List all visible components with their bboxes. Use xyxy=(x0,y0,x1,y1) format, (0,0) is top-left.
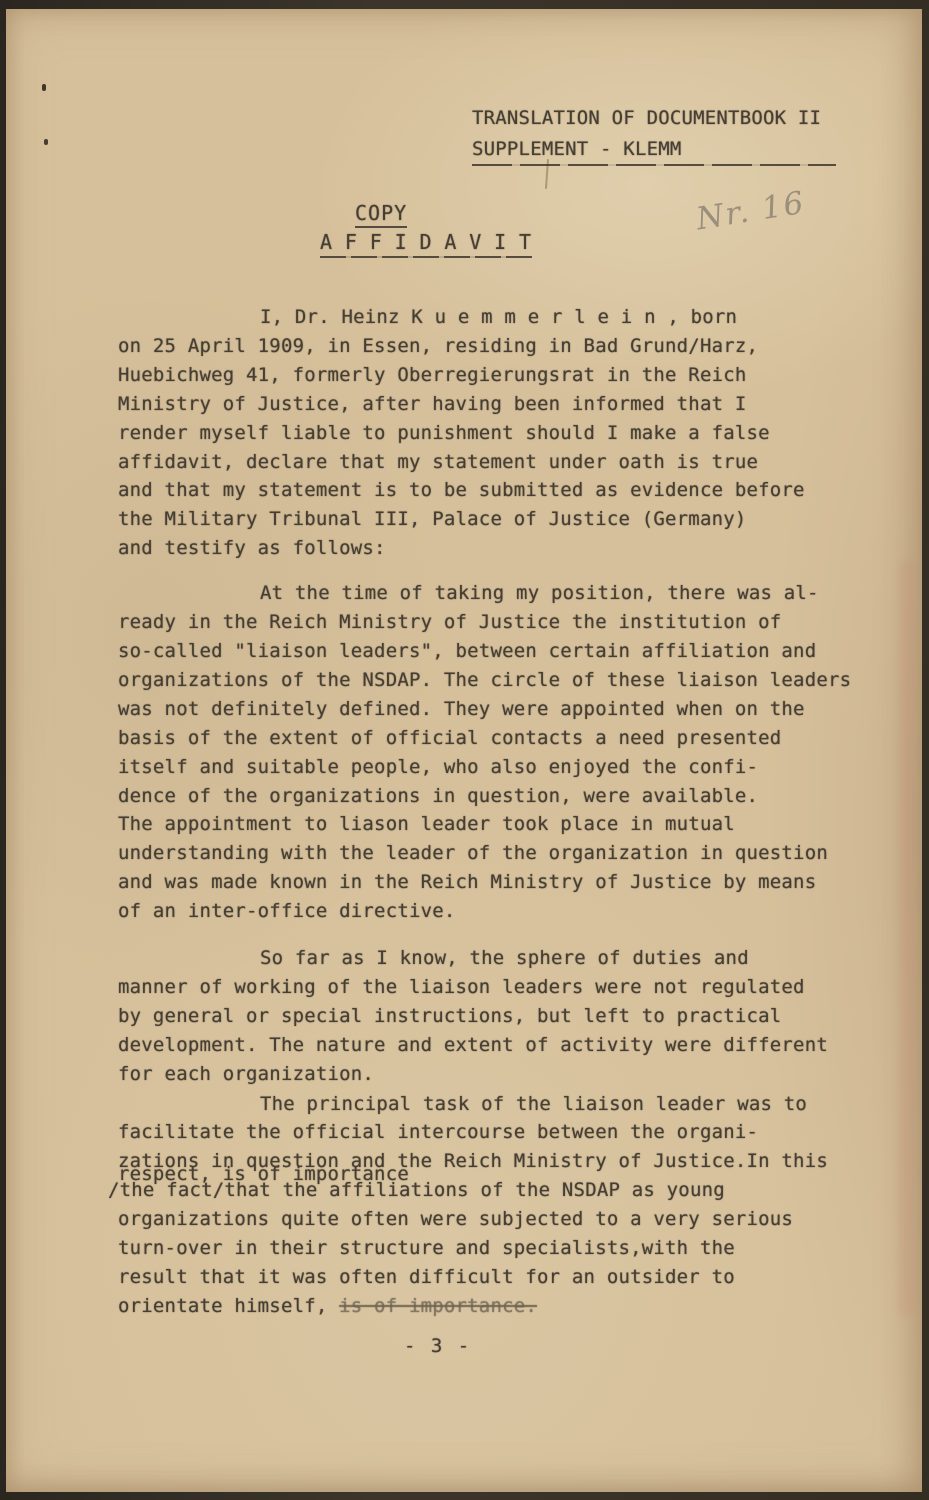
affidavit-line: development. The nature and extent of ac… xyxy=(118,1031,862,1060)
scan-discoloration-band xyxy=(899,561,915,1316)
typed-underscore-rule xyxy=(472,164,836,166)
affidavit-line: of an inter-office directive. xyxy=(118,897,862,926)
paper-speck xyxy=(42,84,46,91)
affidavit-line: ready in the Reich Ministry of Justice t… xyxy=(118,608,862,637)
affidavit-line: render myself liable to punishment shoul… xyxy=(118,419,862,448)
paragraph-sphere-of-duties: So far as I know, the sphere of duties a… xyxy=(118,944,862,1089)
paper-speck xyxy=(44,139,48,145)
header-subtitle-text: SUPPLEMENT - KLEMM xyxy=(472,138,682,160)
page-number: - 3 - xyxy=(404,1335,471,1357)
affidavit-line: understanding with the leader of the org… xyxy=(118,839,862,868)
affidavit-line: on 25 April 1909, in Essen, residing in … xyxy=(118,332,862,361)
affidavit-line: result that it was often difficult for a… xyxy=(118,1263,862,1292)
document-header: TRANSLATION OF DOCUMENTBOOK II SUPPLEMEN… xyxy=(472,103,834,169)
affidavit-line: and testify as follows: xyxy=(118,534,862,563)
affidavit-line: Huebichweg 41, formerly Oberregierungsra… xyxy=(118,361,862,390)
affidavit-line: by general or special instructions, but … xyxy=(118,1002,862,1031)
line-text: orientate himself, xyxy=(118,1295,339,1317)
affidavit-line: I, Dr. Heinz K u e m m e r l e i n , bor… xyxy=(118,303,862,332)
affidavit-line: for each organization. xyxy=(118,1060,862,1089)
affidavit-line: basis of the extent of official contacts… xyxy=(118,724,862,753)
paragraph-liaison-institution: At the time of taking my position, there… xyxy=(118,579,862,926)
affidavit-line: The appointment to liason leader took pl… xyxy=(118,810,862,839)
affidavit-line: manner of working of the liaison leaders… xyxy=(118,973,862,1002)
affidavit-line: The principal task of the liaison leader… xyxy=(118,1090,862,1119)
paper-sheet: TRANSLATION OF DOCUMENTBOOK II SUPPLEMEN… xyxy=(6,9,922,1492)
paragraph-oath: I, Dr. Heinz K u e m m e r l e i n , bor… xyxy=(118,303,862,563)
affidavit-title: A F F I D A V I T xyxy=(320,230,532,258)
typed-insertion-line: respect, is of importance xyxy=(118,1164,409,1184)
paragraph-principal-task: The principal task of the liaison leader… xyxy=(118,1090,862,1321)
affidavit-line: and was made known in the Reich Ministry… xyxy=(118,868,862,897)
affidavit-line: facilitate the official intercourse betw… xyxy=(118,1118,862,1147)
affidavit-body: I, Dr. Heinz K u e m m e r l e i n , bor… xyxy=(118,303,862,1321)
struck-out-text: is of importance. xyxy=(339,1295,537,1317)
handwritten-number-annotation: Nr. 16 xyxy=(694,185,808,238)
affidavit-line: and that my statement is to be submitted… xyxy=(118,476,862,505)
header-subtitle-line: SUPPLEMENT - KLEMM xyxy=(472,134,834,169)
affidavit-line: the Military Tribunal III, Palace of Jus… xyxy=(118,505,862,534)
scanned-document-page: { "header": { "line1": "TRANSLATION OF D… xyxy=(0,0,929,1500)
affidavit-line: So far as I know, the sphere of duties a… xyxy=(118,944,862,973)
affidavit-line: was not definitely defined. They were ap… xyxy=(118,695,862,724)
affidavit-line: orientate himself, is of importance. xyxy=(118,1292,862,1321)
affidavit-line: so-called "liaison leaders", between cer… xyxy=(118,637,862,666)
affidavit-line: Ministry of Justice, after having been i… xyxy=(118,390,862,419)
copy-label: COPY xyxy=(355,201,407,228)
affidavit-line: turn-over in their structure and special… xyxy=(118,1234,862,1263)
affidavit-line: dence of the organizations in question, … xyxy=(118,782,862,811)
affidavit-line: At the time of taking my position, there… xyxy=(118,579,862,608)
affidavit-line: organizations quite often were subjected… xyxy=(118,1205,862,1234)
affidavit-line: organizations of the NSDAP. The circle o… xyxy=(118,666,862,695)
header-title-line: TRANSLATION OF DOCUMENTBOOK II xyxy=(472,103,834,134)
affidavit-line: itself and suitable people, who also enj… xyxy=(118,753,862,782)
affidavit-line: affidavit, declare that my statement und… xyxy=(118,448,862,477)
